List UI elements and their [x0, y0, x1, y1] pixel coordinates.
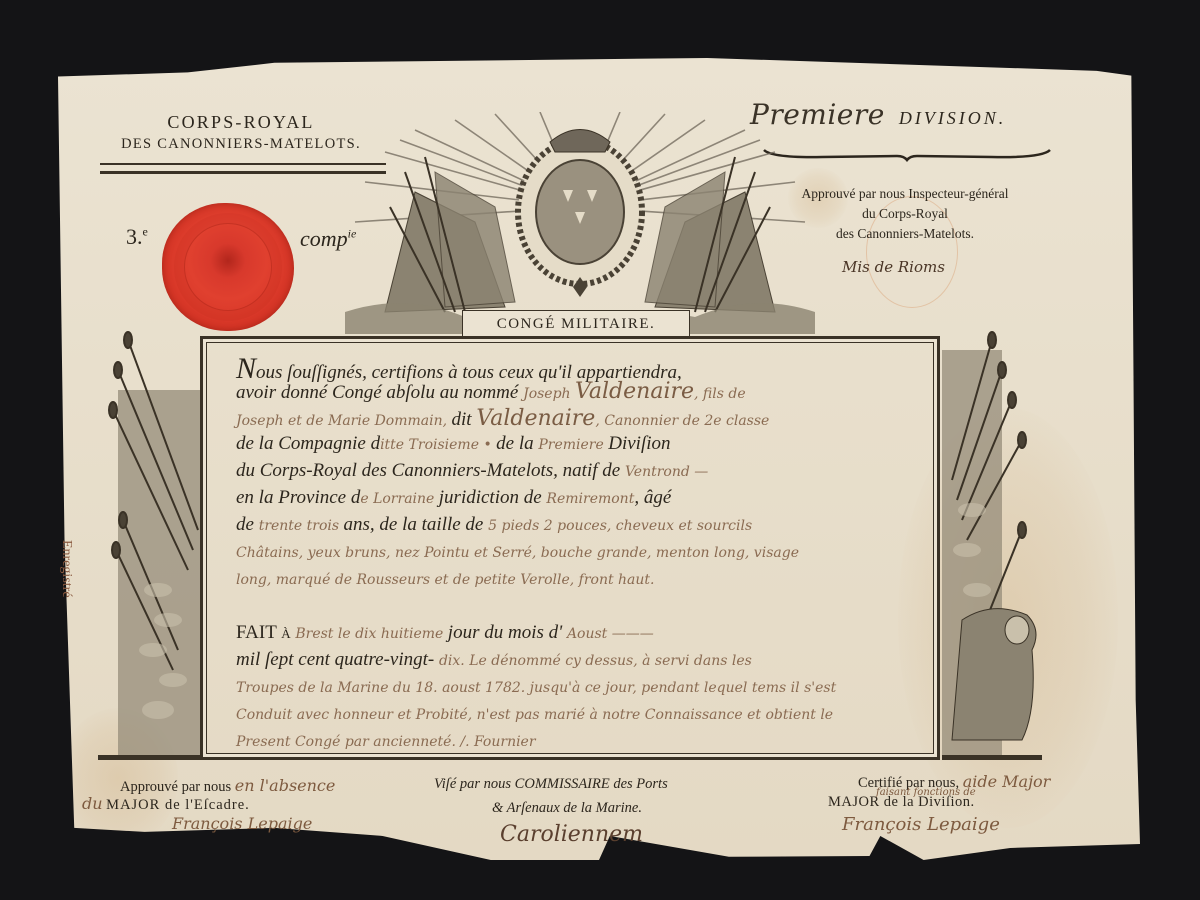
division-printed: DIVISION.	[899, 108, 1006, 128]
handwritten-text: Aoust ———	[567, 626, 654, 642]
handwritten-text: Châtains, yeux bruns, nez Pointu et Serr…	[236, 545, 799, 561]
certificate-line: FAIT à Brest le dix huitieme jour du moi…	[236, 622, 936, 649]
footer-left-printed: Approuvé par nous	[120, 779, 231, 795]
printed-text: avoir donné Congé abſolu au nommé	[236, 382, 523, 403]
certificate-line	[236, 595, 936, 622]
footer-right-signature: François Lepaige	[842, 814, 1000, 835]
certificate-line: Troupes de la Marine du 18. aoust 1782. …	[236, 676, 936, 703]
footer-center-arsenaux: & Arſenaux de la Marine.	[492, 800, 642, 817]
handwritten-text: Valdenaire	[575, 379, 694, 404]
handwritten-text: e Lorraine	[360, 491, 438, 507]
corps-heading: CORPS-ROYAL DES CANONNIERS-MATELOTS.	[96, 112, 386, 153]
certificate-line: de la Compagnie ditte Troisieme • de la …	[236, 433, 936, 460]
handwritten-text: Joseph et de Marie Dommain,	[236, 413, 452, 429]
handwritten-text: Joseph	[523, 386, 575, 402]
printed-text: , âgé	[634, 487, 671, 508]
handwritten-text: Ventrond —	[625, 464, 708, 480]
printed-text: Diviſion	[608, 433, 670, 454]
footer-left-major-label: MAJOR de l'Eſcadre.	[106, 797, 250, 813]
handwritten-text: Conduit avec honneur et Probité, n'est p…	[236, 707, 833, 723]
certificate-line: Present Congé par ancienneté. /. Fournie…	[236, 730, 936, 757]
company-number-suffix: e	[143, 225, 148, 239]
handwritten-text: Remiremont	[546, 491, 634, 507]
certificate-line: du Corps-Royal des Canonniers-Matelots, …	[236, 460, 936, 487]
footer-center-signature: Caroliennem	[500, 822, 643, 847]
printed-text: ans, de la taille de	[344, 514, 489, 535]
printed-text: FAIT à	[236, 622, 295, 643]
certificate-line: Nous ſouſſignés, certifions à tous ceux …	[236, 352, 936, 379]
footer-center-commissaire: Viſé par nous COMMISSAIRE des Ports	[434, 776, 668, 793]
printed-text: mil ſept cent quatre-vingt-	[236, 649, 439, 670]
right-trophy-engraving	[942, 330, 1042, 760]
certificate-line: mil ſept cent quatre-vingt- dix. Le déno…	[236, 649, 936, 676]
handwritten-text: trente trois	[259, 518, 344, 534]
handwritten-text: Brest le dix huitieme	[295, 626, 447, 642]
certificate-line: Joseph et de Marie Dommain, dit Valdenai…	[236, 406, 936, 433]
company-number-value: 3	[126, 224, 137, 249]
handwritten-text: , fils de	[694, 386, 746, 402]
certificate-line: de trente trois ans, de la taille de 5 p…	[236, 514, 936, 541]
footer-left-hand: en l'absence	[235, 776, 336, 795]
handwritten-text: Premiere	[538, 437, 608, 453]
double-rule	[100, 163, 386, 174]
footer-left-major: du MAJOR de l'Eſcadre.	[82, 794, 250, 814]
handwritten-text: 5 pieds 2 pouces, cheveux et sourcils	[488, 518, 752, 534]
margin-annotation: Enregistré	[58, 540, 74, 598]
handwritten-text: long, marqué de Rousseurs et de petite V…	[236, 572, 655, 588]
printed-text: jour du mois d'	[448, 622, 567, 643]
canonniers-subtitle: DES CANONNIERS-MATELOTS.	[96, 136, 386, 153]
certificate-line: Conduit avec honneur et Probité, n'est p…	[236, 703, 936, 730]
footer-right-major: MAJOR de la Diviſion.	[828, 794, 975, 811]
footer-left-signature: François Lepaige	[172, 814, 312, 833]
printed-text: du Corps-Royal des Canonniers-Matelots, …	[236, 460, 625, 481]
footer-left-approval: Approuvé par nous en l'absence	[120, 776, 335, 796]
handwritten-text: Valdenaire	[476, 406, 595, 431]
handwritten-text: Present Congé par ancienneté. /. Fournie…	[236, 734, 536, 750]
wax-seal	[162, 203, 294, 331]
certificate-line: Châtains, yeux bruns, nez Pointu et Serr…	[236, 541, 936, 568]
inspector-signature: Mis de Rioms	[842, 258, 945, 276]
left-trophy-engraving	[98, 330, 204, 760]
printed-text: de la Compagnie d	[236, 433, 380, 454]
handwritten-text: itte Troisieme •	[380, 437, 496, 453]
handwritten-text: Troupes de la Marine du 18. aoust 1782. …	[236, 680, 836, 696]
handwritten-text: dix. Le dénommé cy dessus, à servi dans …	[439, 653, 752, 669]
corps-royal-title: CORPS-ROYAL	[96, 112, 386, 133]
printed-text: juridiction de	[439, 487, 547, 508]
printed-text: de la	[496, 433, 538, 454]
handwritten-text: , Canonnier de 2e classe	[595, 413, 769, 429]
certificate-body: Nous ſouſſignés, certifions à tous ceux …	[236, 352, 936, 757]
certificate-line: avoir donné Congé abſolu au nommé Joseph…	[236, 379, 936, 406]
footer-left-du: du	[82, 794, 103, 813]
certificate-line: long, marqué de Rousseurs et de petite V…	[236, 568, 936, 595]
printed-text: dit	[452, 409, 477, 430]
certificate-line: en la Province de Lorraine juridiction d…	[236, 487, 936, 514]
printed-text: de	[236, 514, 259, 535]
company-number: 3.e	[126, 224, 148, 250]
conge-militaire-banner: CONGÉ MILITAIRE.	[462, 310, 690, 338]
printed-text: en la Province d	[236, 487, 360, 508]
royal-arms-engraving	[345, 112, 815, 334]
company-label-text: comp	[300, 226, 348, 251]
